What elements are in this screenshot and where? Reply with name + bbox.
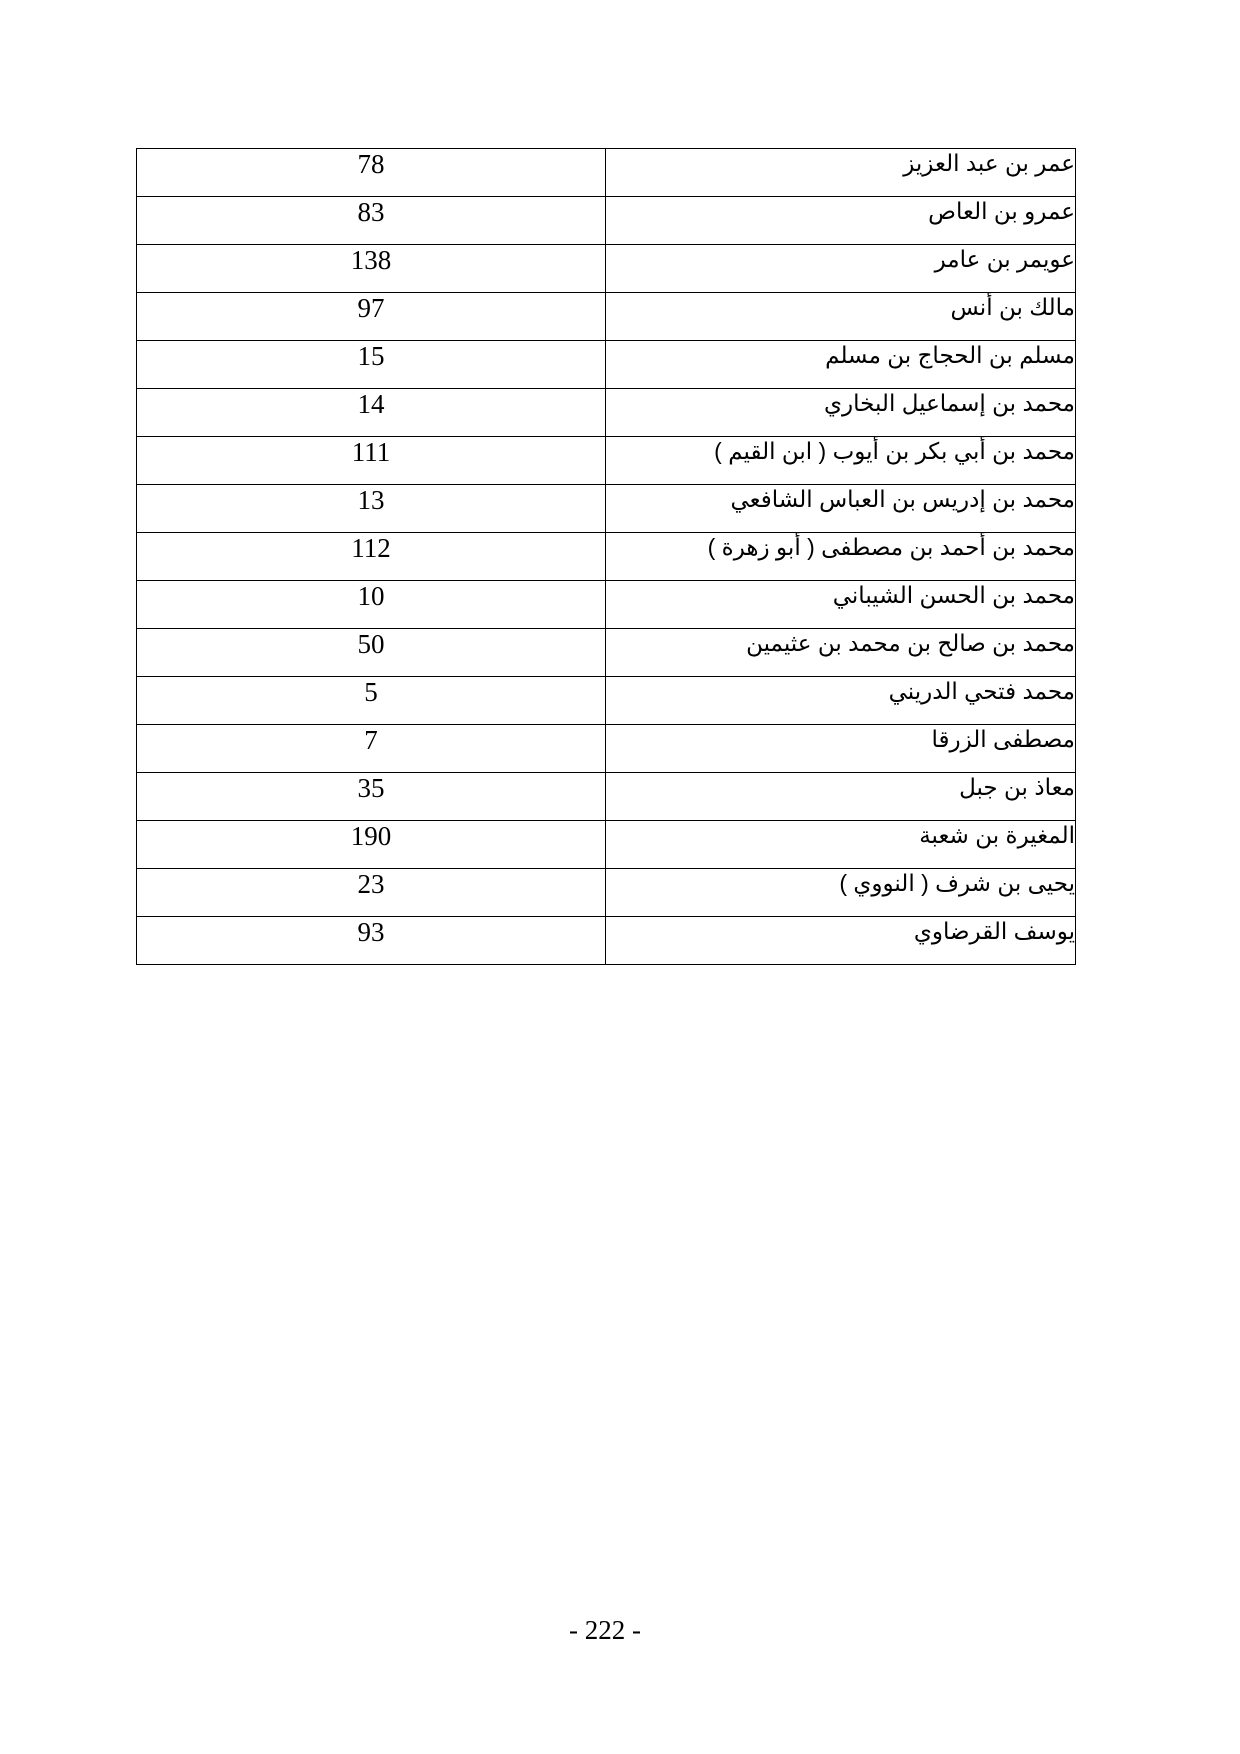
name-cell: محمد بن صالح بن محمد بن عثيمين <box>606 629 1076 677</box>
count-cell: 190 <box>137 821 606 869</box>
count-cell: 112 <box>137 533 606 581</box>
table-row: 78 عمر بن عبد العزيز <box>137 149 1076 197</box>
name-cell: مالك بن أنس <box>606 293 1076 341</box>
name-cell: محمد فتحي الدريني <box>606 677 1076 725</box>
name-cell: محمد بن الحسن الشيباني <box>606 581 1076 629</box>
count-cell: 13 <box>137 485 606 533</box>
name-cell: معاذ بن جبل <box>606 773 1076 821</box>
count-cell: 93 <box>137 917 606 965</box>
table-row: 14 محمد بن إسماعيل البخاري <box>137 389 1076 437</box>
table-row: 15 مسلم بن الحجاج بن مسلم <box>137 341 1076 389</box>
name-cell: محمد بن أحمد بن مصطفى ( أبو زهرة ) <box>606 533 1076 581</box>
name-cell: عويمر بن عامر <box>606 245 1076 293</box>
name-cell: مصطفى الزرقا <box>606 725 1076 773</box>
name-cell: المغيرة بن شعبة <box>606 821 1076 869</box>
table-row: 111 محمد بن أبي بكر بن أيوب ( ابن القيم … <box>137 437 1076 485</box>
table-row: 7 مصطفى الزرقا <box>137 725 1076 773</box>
table-row: 23 يحيى بن شرف ( النووي ) <box>137 869 1076 917</box>
count-cell: 111 <box>137 437 606 485</box>
name-cell: يوسف القرضاوي <box>606 917 1076 965</box>
table-row: 93 يوسف القرضاوي <box>137 917 1076 965</box>
table-body: 78 عمر بن عبد العزيز 83 عمرو بن العاص 13… <box>137 149 1076 965</box>
table-row: 97 مالك بن أنس <box>137 293 1076 341</box>
table-row: 10 محمد بن الحسن الشيباني <box>137 581 1076 629</box>
document-page: 78 عمر بن عبد العزيز 83 عمرو بن العاص 13… <box>0 0 1240 1754</box>
table-row: 13 محمد بن إدريس بن العباس الشافعي <box>137 485 1076 533</box>
count-cell: 78 <box>137 149 606 197</box>
count-cell: 5 <box>137 677 606 725</box>
names-count-table: 78 عمر بن عبد العزيز 83 عمرو بن العاص 13… <box>136 148 1076 965</box>
page-number: - 222 - <box>0 1614 1210 1646</box>
table-row: 190 المغيرة بن شعبة <box>137 821 1076 869</box>
count-cell: 50 <box>137 629 606 677</box>
count-cell: 83 <box>137 197 606 245</box>
name-cell: مسلم بن الحجاج بن مسلم <box>606 341 1076 389</box>
count-cell: 138 <box>137 245 606 293</box>
count-cell: 10 <box>137 581 606 629</box>
count-cell: 35 <box>137 773 606 821</box>
name-cell: عمرو بن العاص <box>606 197 1076 245</box>
table-row: 83 عمرو بن العاص <box>137 197 1076 245</box>
name-cell: محمد بن إسماعيل البخاري <box>606 389 1076 437</box>
name-cell: يحيى بن شرف ( النووي ) <box>606 869 1076 917</box>
name-cell: عمر بن عبد العزيز <box>606 149 1076 197</box>
name-cell: محمد بن أبي بكر بن أيوب ( ابن القيم ) <box>606 437 1076 485</box>
count-cell: 23 <box>137 869 606 917</box>
table-row: 35 معاذ بن جبل <box>137 773 1076 821</box>
table-row: 112 محمد بن أحمد بن مصطفى ( أبو زهرة ) <box>137 533 1076 581</box>
count-cell: 14 <box>137 389 606 437</box>
table-row: 50 محمد بن صالح بن محمد بن عثيمين <box>137 629 1076 677</box>
table-row: 5 محمد فتحي الدريني <box>137 677 1076 725</box>
count-cell: 7 <box>137 725 606 773</box>
name-cell: محمد بن إدريس بن العباس الشافعي <box>606 485 1076 533</box>
table-row: 138 عويمر بن عامر <box>137 245 1076 293</box>
count-cell: 15 <box>137 341 606 389</box>
count-cell: 97 <box>137 293 606 341</box>
